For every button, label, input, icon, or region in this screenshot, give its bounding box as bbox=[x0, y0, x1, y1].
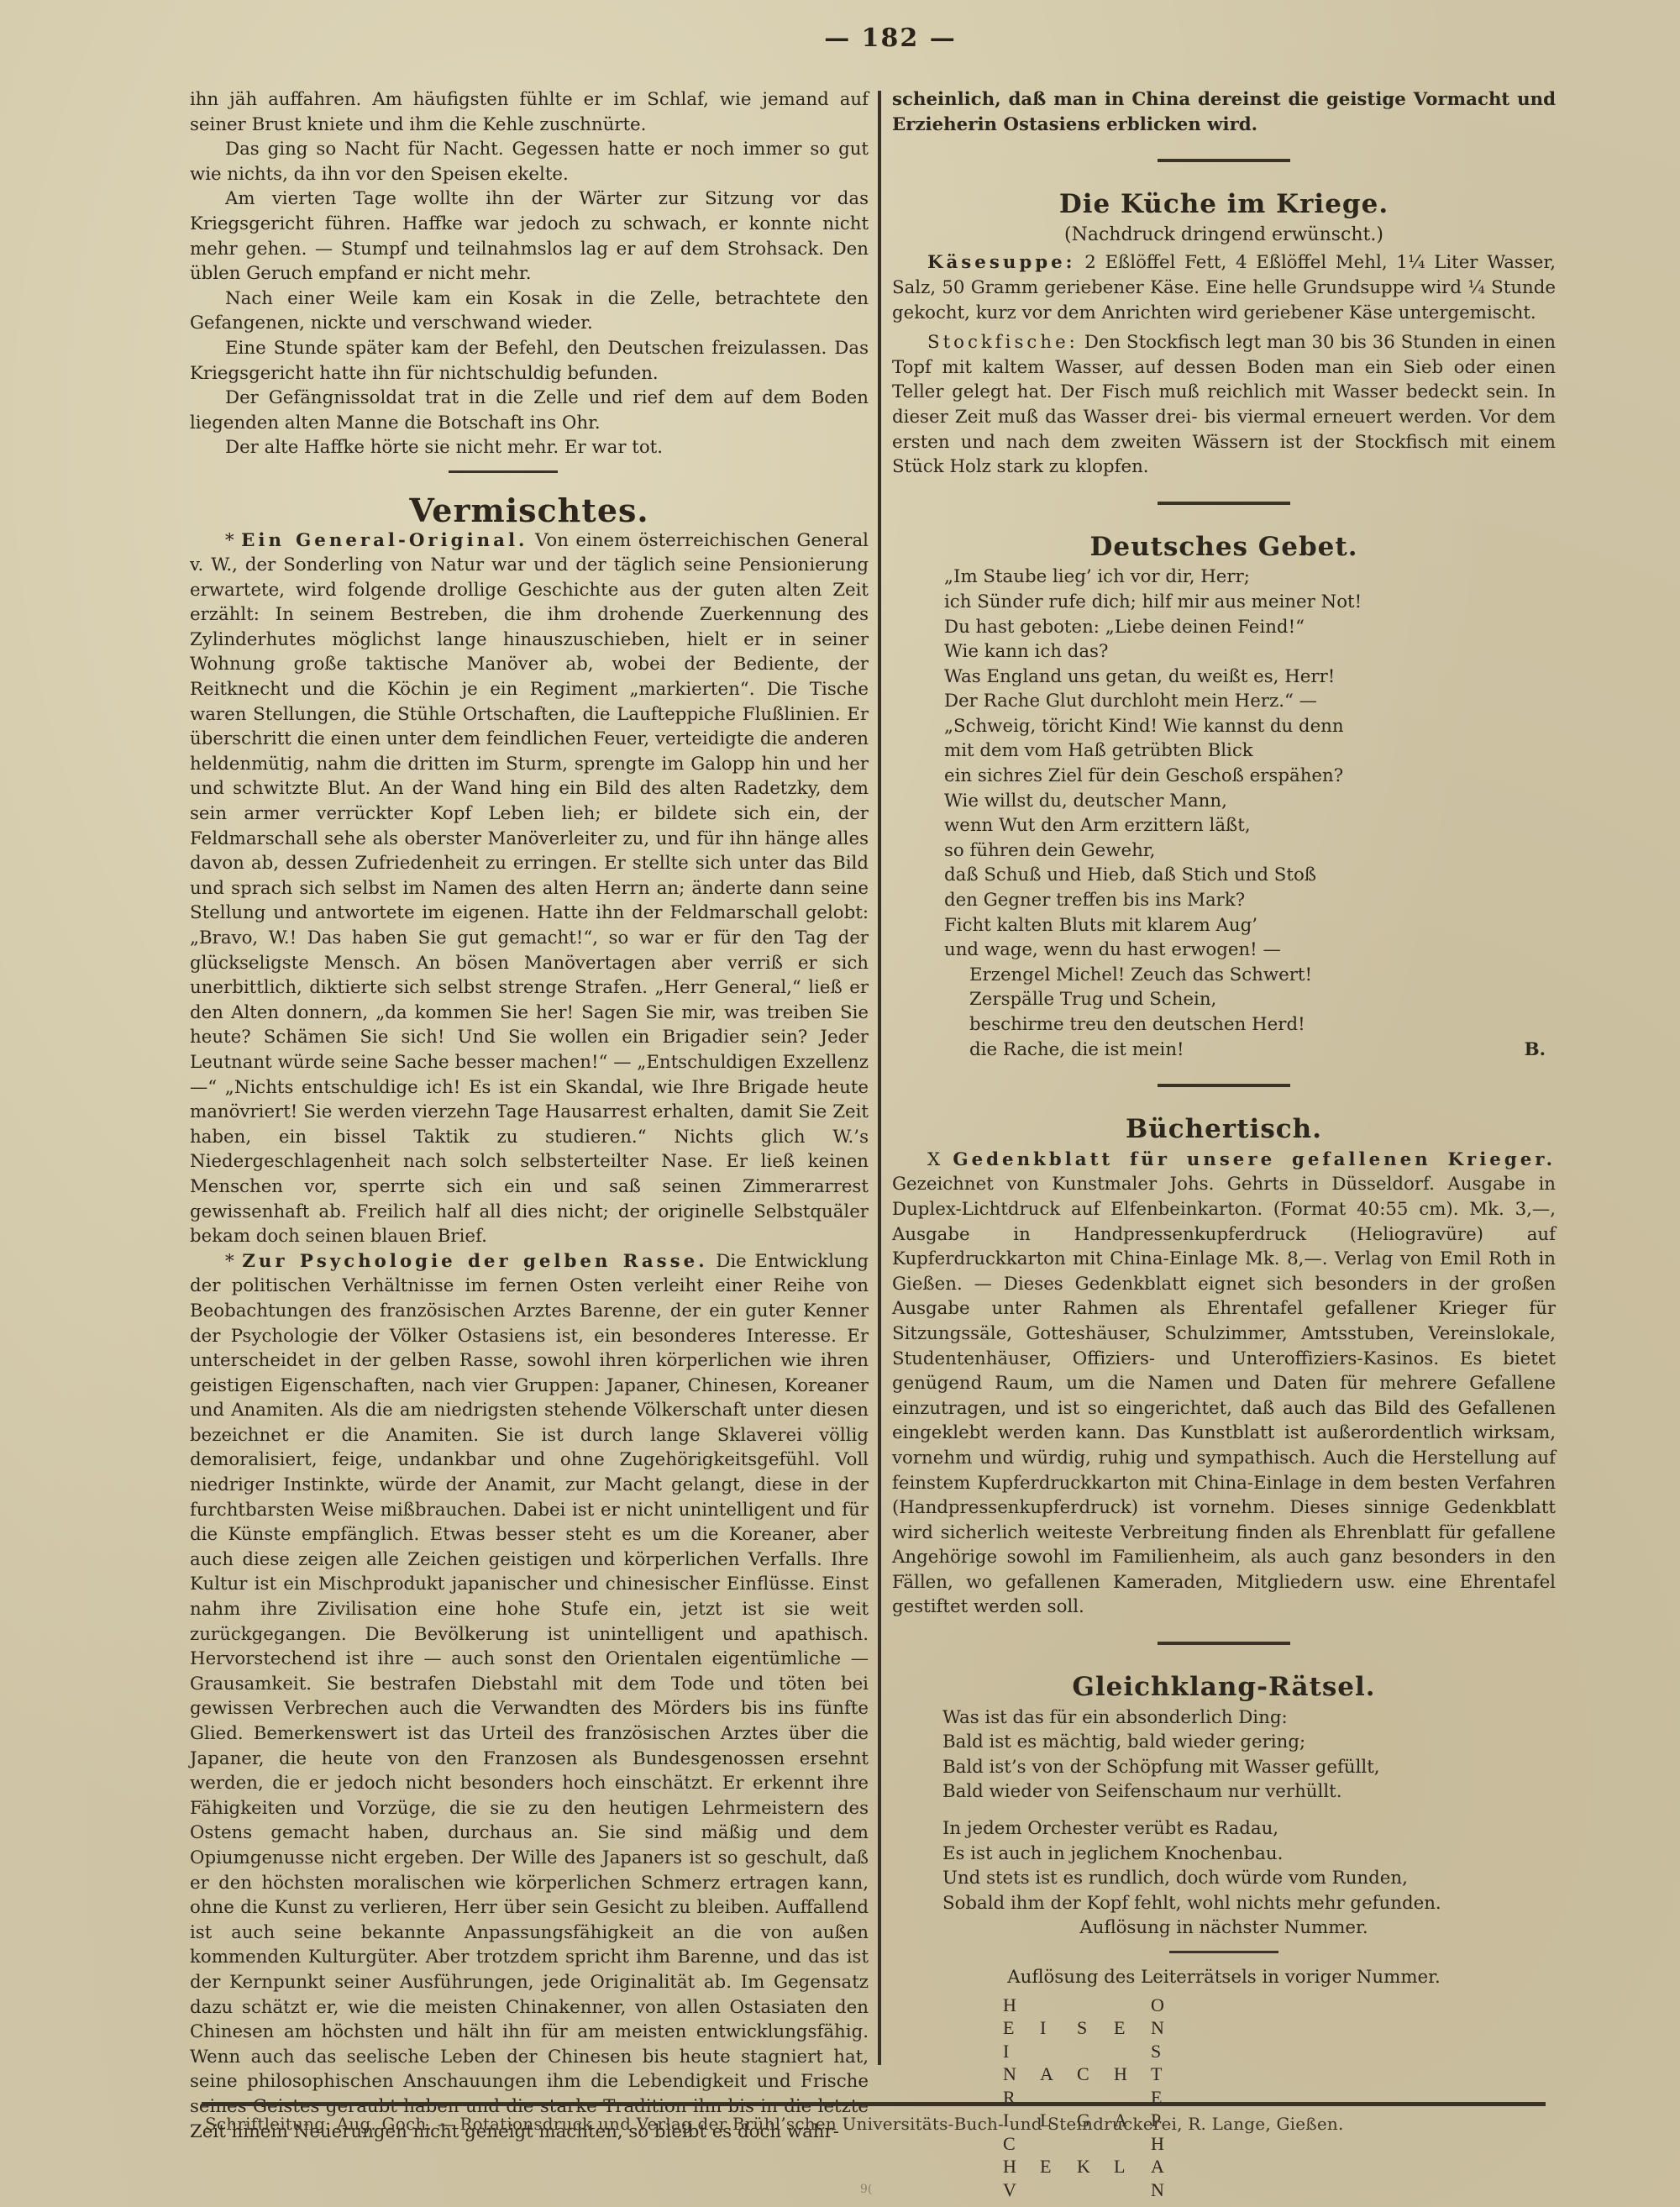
article-general-original: * Ein General-Original. Von einem österr… bbox=[190, 528, 869, 1249]
left-column: ihn jäh auffahren. Am häufigsten fühlte … bbox=[190, 87, 869, 2144]
ladder-row: E I S E N bbox=[1003, 2016, 1556, 2040]
section-title-raetsel: Gleichklang-Rätsel. bbox=[892, 1675, 1556, 1700]
ladder-cell: K bbox=[1077, 2155, 1114, 2178]
review-headline: Gedenkblatt für unsere gefallenen Kriege… bbox=[953, 1149, 1556, 1170]
poem-last-line-row: die Rache, die ist mein! B. bbox=[944, 1038, 1556, 1063]
poem-deutsches-gebet: „Im Staube lieg’ ich vor dir, Herr; ich … bbox=[892, 565, 1556, 1062]
ladder-cell bbox=[1040, 2178, 1077, 2202]
poem-line: und wage, wenn du hast erwogen! — bbox=[944, 938, 1556, 963]
right-column: scheinlich, daß man in China dereinst di… bbox=[892, 87, 1556, 2201]
ladder-cell bbox=[1077, 2132, 1114, 2156]
riddle-line: Bald ist es mächtig, bald wieder gering; bbox=[942, 1730, 1556, 1755]
riddle-line: Was ist das für ein absonderlich Ding: bbox=[942, 1705, 1556, 1731]
story-paragraph: Am vierten Tage wollte ihn der Wärter zu… bbox=[190, 187, 869, 286]
ladder-cell bbox=[1114, 2040, 1151, 2063]
riddle-line: In jedem Orchester verübt es Radau, bbox=[942, 1816, 1556, 1842]
recipe-kaesesuppe: Käsesuppe: 2 Eßlöffel Fett, 4 Eßlöffel M… bbox=[892, 250, 1556, 325]
poem-line: daß Schuß und Hieb, daß Stich und Stoß bbox=[944, 863, 1556, 888]
section-divider bbox=[1158, 1084, 1290, 1087]
story-paragraph: Der Gefängnissoldat trat in die Zelle un… bbox=[190, 386, 869, 435]
poem-line: ein sichres Ziel für dein Geschoß erspäh… bbox=[944, 764, 1556, 789]
poem-line: so führen dein Gewehr, bbox=[944, 838, 1556, 864]
story-paragraph: Eine Stunde später kam der Befehl, den D… bbox=[190, 336, 869, 386]
poem-line: den Gegner treffen bis ins Mark? bbox=[944, 888, 1556, 913]
story-paragraph: ihn jäh auffahren. Am häufigsten fühlte … bbox=[190, 87, 869, 137]
riddle-solution-note: Auflösung in nächster Nummer. bbox=[892, 1915, 1556, 1941]
ladder-cell bbox=[1077, 2178, 1114, 2202]
poem-line: Was England uns getan, du weißt es, Herr… bbox=[944, 665, 1556, 690]
poem-line: beschirme treu den deutschen Herd! bbox=[944, 1012, 1556, 1038]
poem-line: Du hast geboten: „Liebe deinen Feind!“ bbox=[944, 615, 1556, 640]
story-paragraph: Nach einer Weile kam ein Kosak in die Ze… bbox=[190, 286, 869, 336]
newspaper-page: — 182 — ihn jäh auffahren. Am häufigsten… bbox=[0, 0, 1680, 2207]
ladder-cell bbox=[1114, 1994, 1151, 2017]
ladder-cell: N bbox=[1003, 2062, 1040, 2086]
ladder-cell: S bbox=[1151, 2040, 1188, 2063]
ladder-cell: H bbox=[1003, 2155, 1040, 2178]
ladder-cell: E bbox=[1114, 2016, 1151, 2040]
poem-line: „Im Staube lieg’ ich vor dir, Herr; bbox=[944, 565, 1556, 590]
ladder-cell: A bbox=[1151, 2155, 1188, 2178]
ladder-cell bbox=[1040, 1994, 1077, 2017]
article-psychologie: * Zur Psychologie der gelben Rasse. Die … bbox=[190, 1249, 869, 2144]
ladder-cell: V bbox=[1003, 2178, 1040, 2202]
ladder-cell: H bbox=[1114, 2062, 1151, 2086]
poem-line: „Schweig, töricht Kind! Wie kannst du de… bbox=[944, 714, 1556, 739]
section-divider bbox=[1158, 502, 1290, 505]
section-divider bbox=[1158, 159, 1290, 162]
poem-line: Zerspälle Trug und Schein, bbox=[944, 987, 1556, 1012]
ladder-cell: I bbox=[1040, 2016, 1077, 2040]
recipe-stockfische: Stockfische: Den Stockfisch legt man 30 … bbox=[892, 330, 1556, 480]
poem-line: Wie willst du, deutscher Mann, bbox=[944, 789, 1556, 814]
ladder-cell bbox=[1040, 2132, 1077, 2156]
story-paragraph: Der alte Haffke hörte sie nicht mehr. Er… bbox=[190, 435, 869, 460]
ladder-cell bbox=[1077, 2040, 1114, 2063]
poem-line: mit dem vom Haß getrübten Blick bbox=[944, 738, 1556, 764]
story-paragraph: Das ging so Nacht für Nacht. Gegessen ha… bbox=[190, 137, 869, 187]
riddle-line: Sobald ihm der Kopf fehlt, wohl nichts m… bbox=[942, 1891, 1556, 1916]
ladder-cell: O bbox=[1151, 1994, 1188, 2017]
ladder-cell: E bbox=[1003, 2016, 1040, 2040]
poem-line: Erzengel Michel! Zeuch das Schwert! bbox=[944, 963, 1556, 988]
ladder-cell: N bbox=[1151, 2016, 1188, 2040]
poem-line: ich Sünder rufe dich; hilf mir aus meine… bbox=[944, 590, 1556, 615]
ladder-cell bbox=[1114, 2178, 1151, 2202]
ladder-cell bbox=[1114, 2132, 1151, 2156]
ladder-cell: S bbox=[1077, 2016, 1114, 2040]
recipe-text: Den Stockfisch legt man 30 bis 36 Stunde… bbox=[892, 332, 1556, 477]
article-title: Zur Psychologie der gelben Rasse. bbox=[242, 1251, 707, 1272]
poem-line: Der Rache Glut durchloht mein Herz.“ — bbox=[944, 689, 1556, 714]
review-marker: X bbox=[927, 1149, 940, 1170]
ladder-row: H O bbox=[1003, 1994, 1556, 2017]
column-rule bbox=[878, 91, 881, 2065]
ladder-solution-grid: H O E I S E N I S N A bbox=[1003, 1994, 1556, 2202]
footer-imprint: Schriftleitung: Aug. Goch. — Rotationsdr… bbox=[205, 2114, 1549, 2134]
book-review: X Gedenkblatt für unsere gefallenen Krie… bbox=[892, 1148, 1556, 1620]
ladder-cell: C bbox=[1077, 2062, 1114, 2086]
poem-line: Ficht kalten Bluts mit klarem Aug’ bbox=[944, 913, 1556, 938]
recipe-name: Stockfische: bbox=[927, 332, 1079, 353]
article-marker: * bbox=[225, 530, 234, 551]
riddle-gleichklang: Was ist das für ein absonderlich Ding: B… bbox=[892, 1705, 1556, 1916]
riddle-stanza: In jedem Orchester verübt es Radau, Es i… bbox=[942, 1816, 1556, 1915]
riddle-line: Bald wieder von Seifenschaum nur verhüll… bbox=[942, 1779, 1556, 1805]
ladder-solution-title: Auflösung des Leiterrätsels in voriger N… bbox=[892, 1965, 1556, 1990]
ladder-row: C H bbox=[1003, 2132, 1556, 2156]
ladder-cell: T bbox=[1151, 2062, 1188, 2086]
footer-rule bbox=[202, 2102, 1546, 2106]
bottom-mark: 9( bbox=[860, 2183, 872, 2196]
poem-line: die Rache, die ist mein! bbox=[944, 1038, 1556, 1063]
ladder-row: V N bbox=[1003, 2178, 1556, 2202]
section-subtitle: (Nachdruck dringend erwünscht.) bbox=[892, 223, 1556, 248]
ladder-row: H E K L A bbox=[1003, 2155, 1556, 2178]
page-number: — 182 — bbox=[806, 24, 974, 53]
ladder-cell: C bbox=[1003, 2132, 1040, 2156]
review-text: Gezeichnet von Kunstmaler Johs. Gehrts i… bbox=[892, 1174, 1556, 1617]
ladder-cell: E bbox=[1040, 2155, 1077, 2178]
article-body: Die Entwicklung der politischen Verhältn… bbox=[190, 1251, 869, 2142]
riddle-stanza: Was ist das für ein absonderlich Ding: B… bbox=[942, 1705, 1556, 1805]
ladder-row: I S bbox=[1003, 2040, 1556, 2063]
ladder-cell: L bbox=[1114, 2155, 1151, 2178]
ladder-cell: H bbox=[1003, 1994, 1040, 2017]
article-title: Ein General-Original. bbox=[241, 530, 528, 551]
article-body: Von einem österreichischen General v. W.… bbox=[190, 530, 869, 1248]
section-title-kueche: Die Küche im Kriege. bbox=[892, 192, 1556, 218]
riddle-line: Es ist auch in jeglichem Knochenbau. bbox=[942, 1842, 1556, 1867]
article-marker: * bbox=[225, 1251, 234, 1272]
recipe-name: Käsesuppe: bbox=[927, 252, 1076, 273]
ladder-cell: H bbox=[1151, 2132, 1188, 2156]
section-divider bbox=[1169, 1951, 1278, 1953]
poem-signature: B. bbox=[1525, 1038, 1546, 1063]
section-divider bbox=[1158, 1642, 1290, 1645]
ladder-cell bbox=[1040, 2040, 1077, 2063]
ladder-row: N A C H T bbox=[1003, 2062, 1556, 2086]
ladder-cell: N bbox=[1151, 2178, 1188, 2202]
riddle-line: Und stets ist es rundlich, doch würde vo… bbox=[942, 1866, 1556, 1891]
section-title-gebet: Deutsches Gebet. bbox=[892, 535, 1556, 560]
riddle-line: Bald ist’s von der Schöpfung mit Wasser … bbox=[942, 1755, 1556, 1780]
poem-line: wenn Wut den Arm erzittern läßt, bbox=[944, 813, 1556, 838]
section-divider bbox=[449, 470, 558, 473]
section-title-buechertisch: Büchertisch. bbox=[892, 1117, 1556, 1143]
ladder-cell: I bbox=[1003, 2040, 1040, 2063]
poem-line: Wie kann ich das? bbox=[944, 639, 1556, 665]
section-title-vermischtes: Vermischtes. bbox=[190, 498, 869, 523]
article-continuation: scheinlich, daß man in China dereinst di… bbox=[892, 87, 1556, 137]
ladder-cell: A bbox=[1040, 2062, 1077, 2086]
ladder-cell bbox=[1077, 1994, 1114, 2017]
